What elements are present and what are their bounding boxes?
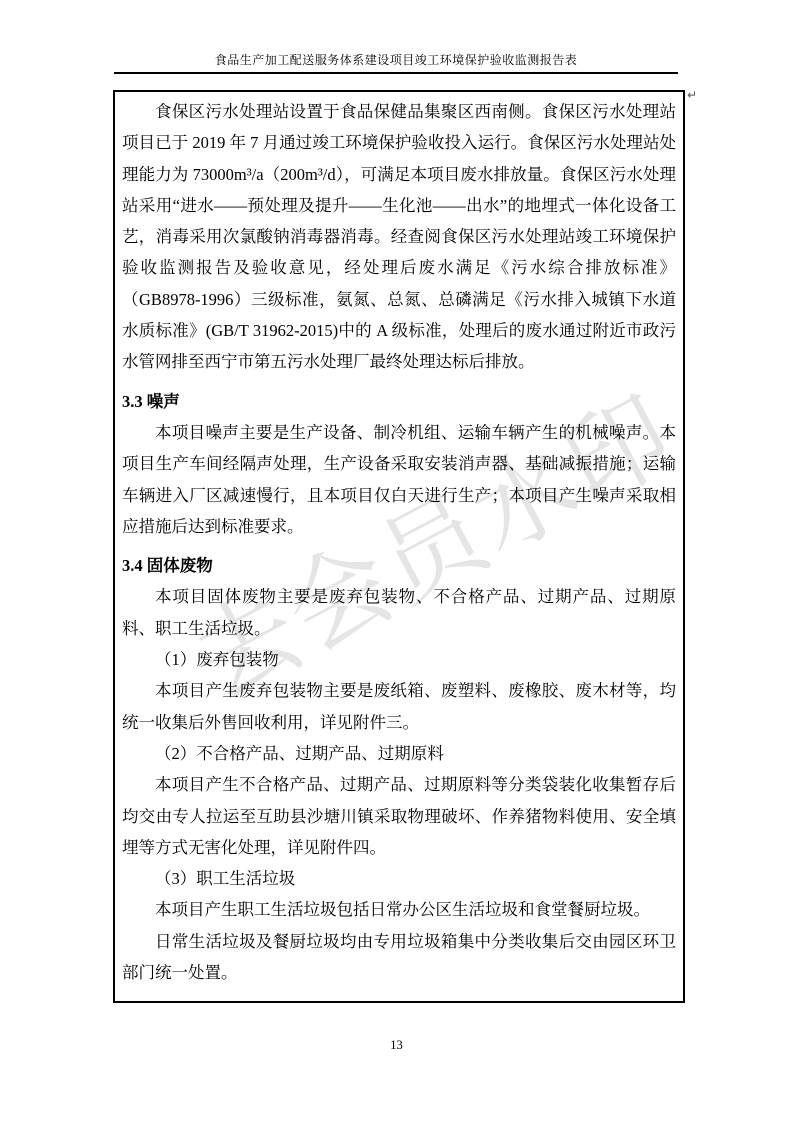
- page-header-title: 食品生产加工配送服务体系建设项目竣工环境保护验收监测报告表: [114, 53, 678, 74]
- heading-noise: 3.3 噪声: [122, 386, 676, 417]
- report-table-cell: 食保区污水处理站设置于食品保健品集聚区西南侧。食保区污水处理站项目已于 2019…: [113, 90, 685, 1003]
- para-wastewater-station: 食保区污水处理站设置于食品保健品集聚区西南侧。食保区污水处理站项目已于 2019…: [122, 96, 676, 378]
- document-page: 食品生产加工配送服务体系建设项目竣工环境保护验收监测报告表 ↵ 去会员水印 食保…: [0, 0, 793, 1122]
- para-domestic-waste: 本项目产生职工生活垃圾包括日常办公区生活垃圾和食堂餐厨垃圾。: [122, 894, 676, 925]
- para-waste-disposal: 日常生活垃圾及餐厨垃圾均由专用垃圾箱集中分类收集后交由园区环卫部门统一处置。: [122, 926, 676, 989]
- cell-end-return-icon: ↵: [687, 88, 697, 102]
- subheading-packaging: （1）废弃包装物: [122, 644, 676, 675]
- subheading-domestic-waste: （3）职工生活垃圾: [122, 863, 676, 894]
- para-expired-disposal: 本项目产生不合格产品、过期产品、过期原料等分类袋装化收集暂存后均交由专人拉运至互…: [122, 769, 676, 863]
- page-number: 13: [0, 1038, 793, 1053]
- para-solid-waste-intro: 本项目固体废物主要是废弃包装物、不合格产品、过期产品、过期原料、职工生活垃圾。: [122, 581, 676, 644]
- para-noise: 本项目噪声主要是生产设备、制冷机组、运输车辆产生的机械噪声。本项目生产车间经隔声…: [122, 417, 676, 542]
- subheading-expired: （2）不合格产品、过期产品、过期原料: [122, 738, 676, 769]
- heading-solid-waste: 3.4 固体废物: [122, 550, 676, 581]
- para-packaging: 本项目产生废弃包装物主要是废纸箱、废塑料、废橡胶、废木材等，均统一收集后外售回收…: [122, 675, 676, 738]
